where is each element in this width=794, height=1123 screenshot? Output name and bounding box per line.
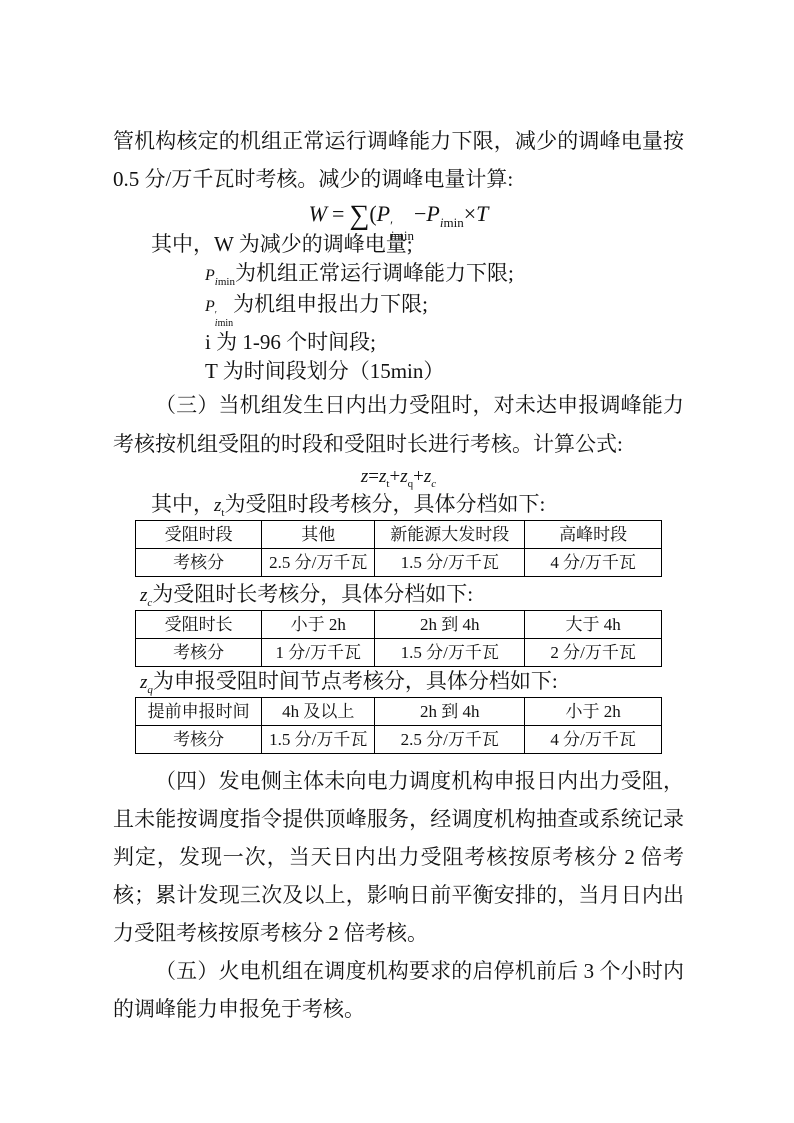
table-cell: 大于 4h: [525, 611, 662, 639]
definition-list: 其中，W 为减少的调峰电量; Pimin为机组正常运行调峰能力下限; P′imi…: [113, 230, 684, 386]
table-cell: 考核分: [136, 726, 262, 754]
var-w: W: [309, 201, 327, 226]
definition-t: T 为时间段划分（15min）: [113, 357, 684, 386]
definition-i: i 为 1-96 个时间段;: [113, 328, 684, 357]
table-cell: 其他: [262, 521, 375, 549]
table-cell: 高峰时段: [525, 521, 662, 549]
subscript-imin: imin: [440, 215, 464, 230]
table-cell: 2 分/万千瓦: [525, 639, 662, 667]
var-p-declared: P: [377, 201, 390, 226]
section-3-paragraph: （三）当机组发生日内出力受阻时，对未达申报调峰能力考核按机组受阻的时段和受阻时长…: [113, 386, 684, 464]
document-page: { "doc": { "intro": "管机构核定的机组正常运行调峰能力下限，…: [0, 0, 794, 1123]
intro-paragraph: 管机构核定的机组正常运行调峰能力下限，减少的调峰电量按0.5 分/万千瓦时考核。…: [113, 122, 684, 198]
blocked-duration-score-table: 受阻时长小于 2h2h 到 4h大于 4h考核分1 分/万千瓦1.5 分/万千瓦…: [135, 610, 662, 667]
table-cell: 小于 2h: [262, 611, 375, 639]
table-cell: 考核分: [136, 639, 262, 667]
table-cell: 1.5 分/万千瓦: [262, 726, 375, 754]
table-row: 考核分1 分/万千瓦1.5 分/万千瓦2 分/万千瓦: [136, 639, 662, 667]
left-paren: (: [369, 201, 376, 226]
advance-declare-score-table: 提前申报时间4h 及以上2h 到 4h小于 2h考核分1.5 分/万千瓦2.5 …: [135, 697, 662, 754]
table-cell: 2h 到 4h: [375, 611, 525, 639]
zt-intro-line: 其中，zt为受阻时段考核分，具体分档如下:: [113, 490, 684, 520]
formula-reduced-peak-energy: W=∑(P′imin−Pimin×T: [113, 198, 684, 230]
blocked-period-score-table: 受阻时段其他新能源大发时段高峰时段考核分2.5 分/万千瓦1.5 分/万千瓦4 …: [135, 520, 662, 577]
table-row: 受阻时长小于 2h2h 到 4h大于 4h: [136, 611, 662, 639]
definition-p-normal: Pimin为机组正常运行调峰能力下限;: [113, 259, 684, 290]
zq-intro-line: zq为申报受阻时间节点考核分，具体分档如下:: [113, 667, 684, 697]
table-cell: 新能源大发时段: [375, 521, 525, 549]
var-p-normal: P: [426, 201, 439, 226]
table-cell: 考核分: [136, 549, 262, 577]
table-cell: 1.5 分/万千瓦: [375, 639, 525, 667]
table-cell: 受阻时长: [136, 611, 262, 639]
table-cell: 2h 到 4h: [375, 698, 525, 726]
definition-p-declared: P′imin为机组申报出力下限;: [113, 290, 684, 328]
formula-z-total: z=zt+zq+zc: [113, 464, 684, 490]
equals-sign: =: [332, 201, 344, 226]
table-cell: 受阻时段: [136, 521, 262, 549]
table-row: 提前申报时间4h 及以上2h 到 4h小于 2h: [136, 698, 662, 726]
table-row: 考核分1.5 分/万千瓦2.5 分/万千瓦4 分/万千瓦: [136, 726, 662, 754]
table-cell: 4h 及以上: [262, 698, 375, 726]
section-4-paragraph: （四）发电侧主体未向电力调度机构申报日内出力受阻，且未能按调度指令提供顶峰服务，…: [113, 762, 684, 952]
table-cell: 小于 2h: [525, 698, 662, 726]
table-row: 考核分2.5 分/万千瓦1.5 分/万千瓦4 分/万千瓦: [136, 549, 662, 577]
sigma-symbol: ∑: [349, 200, 369, 231]
table-cell: 4 分/万千瓦: [525, 726, 662, 754]
section-5-paragraph: （五）火电机组在调度机构要求的启停机前后 3 个小时内的调峰能力申报免于考核。: [113, 952, 684, 1028]
table-cell: 4 分/万千瓦: [525, 549, 662, 577]
zc-intro-line: zc为受阻时长考核分，具体分档如下:: [113, 580, 684, 610]
table-cell: 1 分/万千瓦: [262, 639, 375, 667]
table-cell: 2.5 分/万千瓦: [375, 726, 525, 754]
var-t: T: [476, 201, 488, 226]
table-cell: 1.5 分/万千瓦: [375, 549, 525, 577]
minus-sign: −: [414, 201, 426, 226]
definition-w: 其中，W 为减少的调峰电量;: [113, 230, 684, 259]
table-cell: 2.5 分/万千瓦: [262, 549, 375, 577]
times-sign: ×: [464, 201, 476, 226]
table-cell: 提前申报时间: [136, 698, 262, 726]
table-row: 受阻时段其他新能源大发时段高峰时段: [136, 521, 662, 549]
